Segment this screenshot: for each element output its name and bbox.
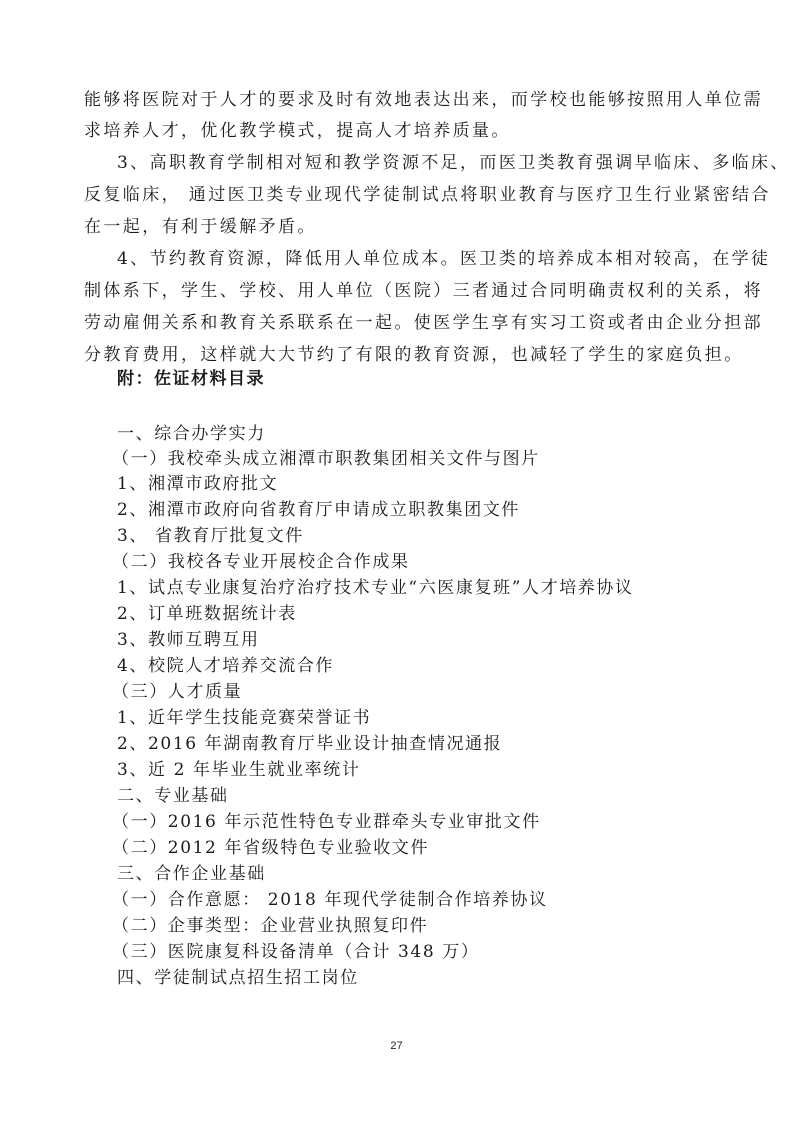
toc-item: 3、教师互聘互用 <box>117 628 757 652</box>
toc-item: （三）医院康复科设备清单（合计 348 万） <box>112 940 752 964</box>
paragraph-line: 制体系下，学生、学校、用人单位（医院）三者通过合同明确责权利的关系，将 <box>84 279 724 303</box>
toc-item: 1、湘潭市政府批文 <box>117 472 757 496</box>
toc-item: （二）企事类型：企业营业执照复印件 <box>112 914 752 938</box>
toc-item: 二、专业基础 <box>117 784 757 808</box>
toc-item: 2、2016 年湖南教育厅毕业设计抽查情况通报 <box>117 732 757 756</box>
toc-item: 三、合作企业基础 <box>117 862 757 886</box>
paragraph-line: 在一起，有利于缓解矛盾。 <box>84 215 724 239</box>
document-page: 能够将医院对于人才的要求及时有效地表达出来，而学校也能够按照用人单位需 求培养人… <box>0 0 793 1122</box>
toc-item: （一）我校牵头成立湘潭市职教集团相关文件与图片 <box>112 447 752 471</box>
paragraph-line: 反复临床， 通过医卫类专业现代学徒制试点将职业教育与医疗卫生行业紧密结合 <box>84 183 724 207</box>
paragraph-line: 3、高职教育学制相对短和教学资源不足，而医卫类教育强调早临床、多临床、 <box>117 151 757 175</box>
toc-item: 1、近年学生技能竞赛荣誉证书 <box>117 706 757 730</box>
paragraph-line: 能够将医院对于人才的要求及时有效地表达出来，而学校也能够按照用人单位需 <box>84 88 724 112</box>
paragraph-line: 求培养人才，优化教学模式，提高人才培养质量。 <box>84 119 724 143</box>
toc-item: 4、校院人才培养交流合作 <box>117 654 757 678</box>
page-number: 27 <box>0 1040 793 1052</box>
toc-item: 3、 省教育厅批复文件 <box>117 524 757 548</box>
toc-item: 一、综合办学实力 <box>117 422 757 446</box>
toc-item: 2、湘潭市政府向省教育厅申请成立职教集团文件 <box>117 498 757 522</box>
toc-item: （一）2016 年示范性特色专业群牵头专业审批文件 <box>112 810 752 834</box>
paragraph-line: 劳动雇佣关系和教育关系联系在一起。使医学生享有实习工资或者由企业分担部 <box>84 311 724 335</box>
paragraph-line: 分教育费用，这样就大大节约了有限的教育资源，也减轻了学生的家庭负担。 <box>84 343 724 367</box>
toc-item: （一）合作意愿： 2018 年现代学徒制合作培养协议 <box>112 888 752 912</box>
toc-item: （三）人才质量 <box>112 680 752 704</box>
toc-item: 四、学徒制试点招生招工岗位 <box>117 966 757 990</box>
toc-item: 2、订单班数据统计表 <box>117 602 757 626</box>
toc-item: 3、近 2 年毕业生就业率统计 <box>117 758 757 782</box>
toc-item: （二）2012 年省级特色专业验收文件 <box>112 836 752 860</box>
toc-item: （二）我校各专业开展校企合作成果 <box>112 550 752 574</box>
paragraph-line: 4、节约教育资源，降低用人单位成本。医卫类的培养成本相对较高，在学徒 <box>117 247 757 271</box>
toc-item: 1、试点专业康复治疗治疗技术专业“六医康复班”人才培养协议 <box>117 576 757 600</box>
appendix-heading: 附：佐证材料目录 <box>117 367 265 391</box>
